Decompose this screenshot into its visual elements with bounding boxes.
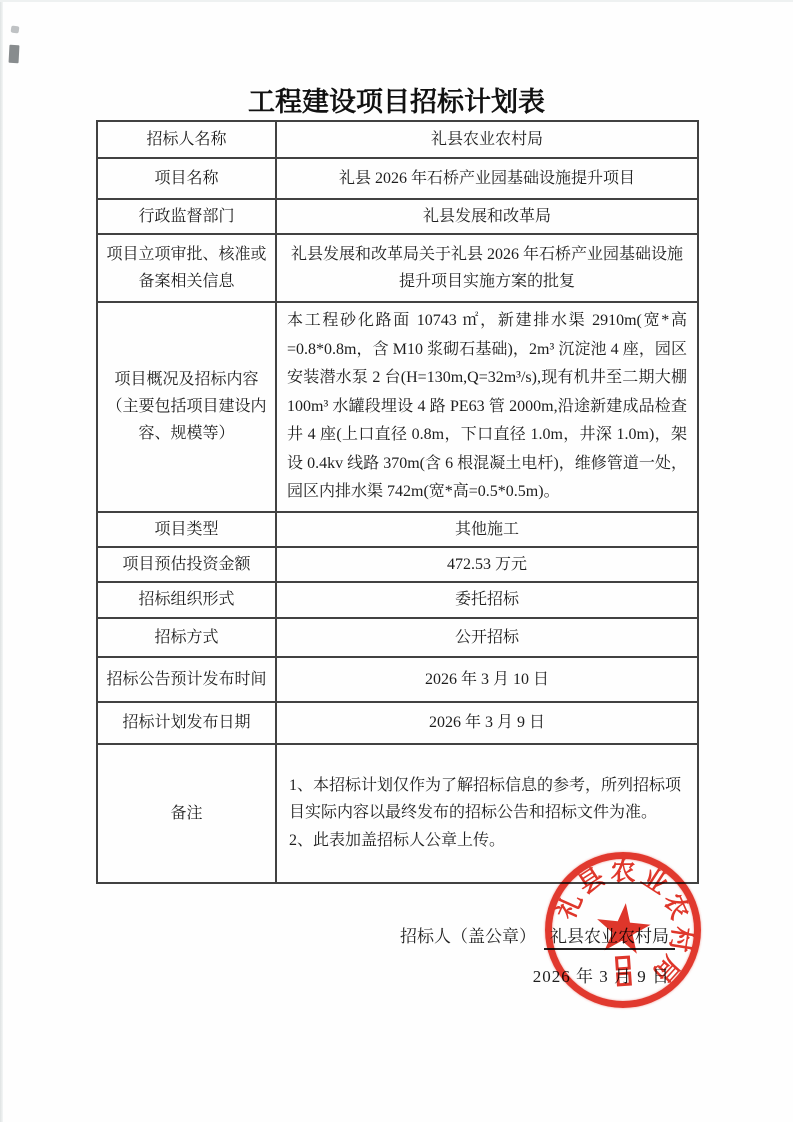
row-value: 1、本招标计划仅作为了解招标信息的参考，所列招标项目实际内容以最终发布的招标公告… <box>276 744 698 883</box>
stamp-arc-char: 农 <box>658 890 692 924</box>
row-label: 招标人名称 <box>97 121 276 158</box>
stamp-arc-char: 礼 <box>554 890 588 924</box>
row-value: 2026 年 3 月 9 日 <box>276 702 698 744</box>
table-row-tenderer-name: 招标人名称 礼县农业农村局 <box>97 121 698 158</box>
row-value: 礼县农业农村局 <box>276 121 698 158</box>
signature-line: 招标人（盖公章）礼县农业农村局 <box>400 922 675 950</box>
table-row-bidding-method: 招标方式 公开招标 <box>97 618 698 657</box>
signature-date: 2026 年 3 月 9 日 <box>533 962 670 987</box>
scan-edge-left <box>0 0 3 1122</box>
ink-smudge-mark <box>9 45 20 63</box>
row-value: 委托招标 <box>276 582 698 618</box>
row-value: 472.53 万元 <box>276 547 698 582</box>
row-label: 招标计划发布日期 <box>97 702 276 744</box>
scan-edge-top <box>0 0 793 2</box>
table-row-project-overview: 项目概况及招标内容（主要包括项目建设内容、规模等） 本工程砂化路面 10743 … <box>97 302 698 512</box>
row-label: 项目名称 <box>97 158 276 199</box>
row-label: 项目概况及招标内容（主要包括项目建设内容、规模等） <box>97 302 276 512</box>
remark-item: 1、本招标计划仅作为了解招标信息的参考，所列招标项目实际内容以最终发布的招标公告… <box>289 772 685 827</box>
signer-name: 礼县农业农村局 <box>544 922 675 950</box>
bidding-plan-table: 招标人名称 礼县农业农村局 项目名称 礼县 2026 年石桥产业园基础设施提升项… <box>96 120 699 884</box>
remark-item: 2、此表加盖招标人公章上传。 <box>289 827 685 855</box>
row-label: 行政监督部门 <box>97 199 276 234</box>
table-row-approval-info: 项目立项审批、核准或备案相关信息 礼县发展和改革局关于礼县 2026 年石桥产业… <box>97 234 698 302</box>
table-row-organization-form: 招标组织形式 委托招标 <box>97 582 698 618</box>
row-value: 本工程砂化路面 10743 ㎡，新建排水渠 2910m(宽*高=0.8*0.8m… <box>276 302 698 512</box>
row-label: 招标公告预计发布时间 <box>97 657 276 702</box>
page-title: 工程建设项目招标计划表 <box>0 80 793 119</box>
table-row-supervising-department: 行政监督部门 礼县发展和改革局 <box>97 199 698 234</box>
row-value: 其他施工 <box>276 512 698 547</box>
row-label: 招标组织形式 <box>97 582 276 618</box>
table-row-announcement-date: 招标公告预计发布时间 2026 年 3 月 10 日 <box>97 657 698 702</box>
row-label: 项目预估投资金额 <box>97 547 276 582</box>
row-value: 礼县发展和改革局关于礼县 2026 年石桥产业园基础设施提升项目实施方案的批复 <box>276 234 698 302</box>
table-row-project-type: 项目类型 其他施工 <box>97 512 698 547</box>
row-label: 招标方式 <box>97 618 276 657</box>
row-value: 公开招标 <box>276 618 698 657</box>
table-row-plan-release-date: 招标计划发布日期 2026 年 3 月 9 日 <box>97 702 698 744</box>
document-page: 工程建设项目招标计划表 招标人名称 礼县农业农村局 项目名称 礼县 2026 年… <box>0 0 793 1122</box>
signer-label: 招标人（盖公章） <box>400 927 536 946</box>
row-label: 备注 <box>97 744 276 883</box>
table-row-remarks: 备注 1、本招标计划仅作为了解招标信息的参考，所列招标项目实际内容以最终发布的招… <box>97 744 698 883</box>
row-label: 项目类型 <box>97 512 276 547</box>
table-row-project-name: 项目名称 礼县 2026 年石桥产业园基础设施提升项目 <box>97 158 698 199</box>
row-value: 礼县发展和改革局 <box>276 199 698 234</box>
row-value: 2026 年 3 月 10 日 <box>276 657 698 702</box>
ink-dot-mark <box>11 25 20 33</box>
row-label: 项目立项审批、核准或备案相关信息 <box>97 234 276 302</box>
row-value: 礼县 2026 年石桥产业园基础设施提升项目 <box>276 158 698 199</box>
table-row-estimated-investment: 项目预估投资金额 472.53 万元 <box>97 547 698 582</box>
